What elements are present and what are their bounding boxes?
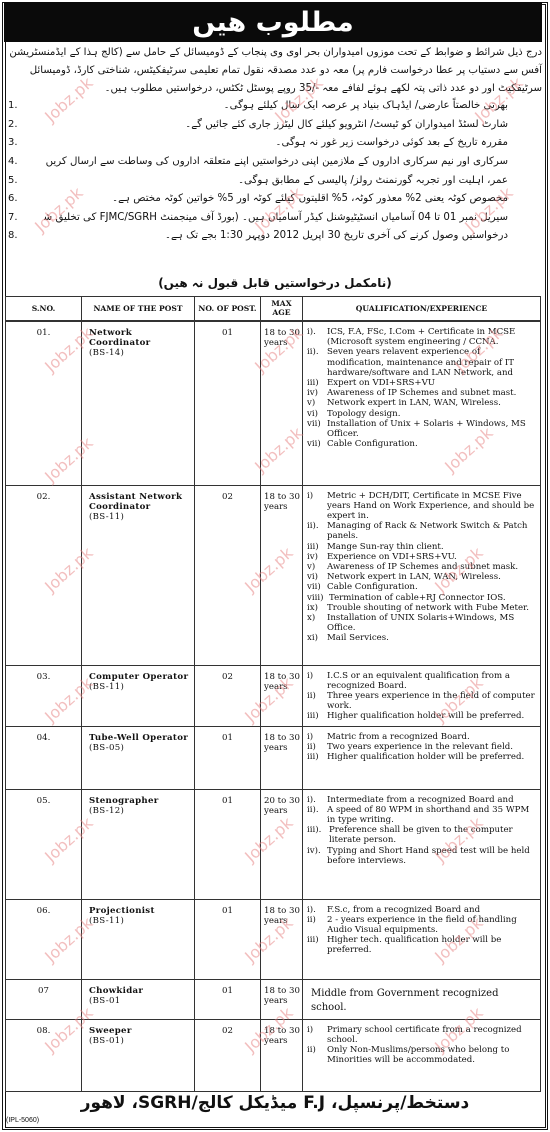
term-item: شارٹ لسٹڈ امیدواران کو ٹیسٹ/ انٹرویو کیل…: [8, 116, 542, 135]
qualification-item: iv)Experience on VDI+SRS+VU.: [307, 552, 536, 562]
table-row: 04.Tube-Well Operator(BS-05)0118 to 30 y…: [6, 726, 541, 789]
item-numeral: ii).: [307, 805, 327, 825]
qualification-item: iii)Mange Sun-ray thin client.: [307, 542, 536, 552]
number-of-posts: 01: [195, 789, 261, 899]
post-name: Tube-Well Operator: [89, 733, 188, 743]
item-numeral: i): [307, 671, 327, 691]
ad-title: مطلوب هیں: [4, 2, 542, 42]
qualification-item: vi)Network expert in LAN, WAN, Wireless.: [307, 572, 536, 582]
term-text: مخصوص کوٹہ یعنی 2% معذور کوٹہ، 5% اقلیتو…: [112, 190, 542, 208]
number-of-posts: 01: [195, 321, 261, 485]
qualification-item: xi)Mail Services.: [307, 633, 536, 643]
signature-line: دستخط/پرنسپل، F.J میڈیکل کالج/SGRH، لاهو…: [0, 1093, 550, 1113]
item-text: Seven years relavent experience of modif…: [327, 347, 536, 378]
qualification-item: iii)Higher qualification holder will be …: [307, 752, 536, 762]
serial-number: 06.: [6, 899, 82, 979]
qualification-item: viii)Termination of cable+RJ Connector I…: [307, 593, 536, 603]
serial-number: 02.: [6, 485, 82, 665]
post-name-cell: Projectionist(BS-11): [82, 899, 195, 979]
item-numeral: ii): [307, 1045, 327, 1065]
serial-number: 05.: [6, 789, 82, 899]
item-text: Network expert in LAN, WAN, Wireless.: [327, 572, 536, 582]
term-item: عمر، اہلیت اور تجربہ گورنمنٹ رولز/ پالیس…: [8, 171, 542, 190]
qualification-item: vi)Topology design.: [307, 409, 536, 419]
item-text: Cable Configuration.: [327, 439, 536, 449]
term-number: 5.: [8, 172, 44, 190]
term-item: سرکاری اور نیم سرکاری اداروں کے ملازمین …: [8, 153, 542, 172]
post-name-cell: Sweeper(BS-01): [82, 1019, 195, 1091]
item-text: Topology design.: [327, 409, 536, 419]
table-row: 07Chowkidar(BS-010118 to 30 yearsMiddle …: [6, 979, 541, 1019]
term-item: سیریل نمبر 01 تا 04 آسامیاں انسٹیٹیوشنل …: [8, 209, 542, 228]
max-age: 18 to 30 years: [261, 899, 303, 979]
qualification-cell: i)Matric from a recognized Board.ii)Two …: [303, 726, 541, 789]
item-numeral: iv): [307, 552, 327, 562]
qualification-item: vii)Cable Configuration.: [307, 582, 536, 592]
pay-scale: (BS-12): [89, 806, 190, 816]
item-text: F.S.c, from a recognized Board and: [327, 905, 536, 915]
item-text: Higher qualification holder will be pref…: [327, 752, 536, 762]
post-name-cell: Chowkidar(BS-01: [82, 979, 195, 1019]
qualification-item: ii).A speed of 80 WPM in shorthand and 3…: [307, 805, 536, 825]
term-number: 8.: [8, 227, 44, 245]
table-row: 05.Stenographer(BS-12)0120 to 30 yearsi)…: [6, 789, 541, 899]
term-number: 4.: [8, 153, 44, 171]
item-numeral: ix): [307, 603, 327, 613]
qualification-item: ii).Managing of Rack & Network Switch & …: [307, 521, 536, 541]
post-name: Projectionist: [89, 906, 155, 916]
qualification-cell: i)Primary school certificate from a reco…: [303, 1019, 541, 1091]
term-number: 3.: [8, 134, 44, 152]
item-text: Installation of UNIX Solaris+Windows, MS…: [327, 613, 536, 633]
item-numeral: x): [307, 613, 327, 633]
term-text: سرکاری اور نیم سرکاری اداروں کے ملازمین …: [44, 153, 542, 171]
number-of-posts: 01: [195, 899, 261, 979]
item-numeral: ii): [307, 742, 327, 752]
post-name-cell: Network Coordinator(BS-14): [82, 321, 195, 485]
item-numeral: vii): [307, 582, 327, 592]
pay-scale: (BS-05): [89, 743, 190, 753]
max-age: 18 to 30 years: [261, 1019, 303, 1091]
item-text: Mail Services.: [327, 633, 536, 643]
item-numeral: i): [307, 1025, 327, 1045]
qualification-item: vii)Cable Configuration.: [307, 439, 536, 449]
term-text: درخواستیں وصول کرنے کی آخری تاریخ 30 اپر…: [165, 227, 542, 245]
item-numeral: iii): [307, 542, 327, 552]
term-text: بھرتی خالصتاً عارضی/ ایڈہاک بنیاد پر عرص…: [224, 97, 542, 115]
qualification-item: i)Matric from a recognized Board.: [307, 732, 536, 742]
item-text: Trouble shouting of network with Fube Me…: [327, 603, 536, 613]
qualification-item: i)Primary school certificate from a reco…: [307, 1025, 536, 1045]
qualification-item: i).Intermediate from a recognized Board …: [307, 795, 536, 805]
item-text: Experience on VDI+SRS+VU.: [327, 552, 536, 562]
qualification-item: x)Installation of UNIX Solaris+Windows, …: [307, 613, 536, 633]
max-age: 18 to 30 years: [261, 726, 303, 789]
item-numeral: iv): [307, 388, 327, 398]
qualification-item: ii)2 - years experience in the field of …: [307, 915, 536, 935]
table-row: 03.Computer Operator(BS-11)0218 to 30 ye…: [6, 665, 541, 726]
item-text: Mange Sun-ray thin client.: [327, 542, 536, 552]
post-name: Stenographer: [89, 796, 159, 806]
item-text: Higher tech. qualification holder will b…: [327, 935, 536, 955]
item-numeral: vi): [307, 572, 327, 582]
pay-scale: (BS-01: [89, 996, 190, 1006]
qualification-cell: i)I.C.S or an equivalent qualification f…: [303, 665, 541, 726]
post-name-cell: Tube-Well Operator(BS-05): [82, 726, 195, 789]
item-numeral: i).: [307, 905, 327, 915]
item-text: Termination of cable+RJ Connector IOS.: [329, 593, 536, 603]
qualification-text: Middle from Government recognized school…: [307, 985, 536, 1015]
qualification-item: iv).Typing and Short Hand speed test wil…: [307, 846, 536, 866]
qualification-cell: i).ICS, F.A, FSc, I.Com + Certificate in…: [303, 321, 541, 485]
header-post: NAME OF THE POST: [82, 297, 195, 322]
qualification-item: i).F.S.c, from a recognized Board and: [307, 905, 536, 915]
item-text: Managing of Rack & Network Switch & Patc…: [327, 521, 536, 541]
posts-table: S.NO. NAME OF THE POST NO. OF POST. MAX …: [5, 296, 541, 1092]
max-age: 18 to 30 years: [261, 485, 303, 665]
item-numeral: ii).: [307, 521, 327, 541]
item-text: Network expert in LAN, WAN, Wireless.: [327, 398, 536, 408]
item-text: ICS, F.A, FSc, I.Com + Certificate in MC…: [327, 327, 536, 347]
item-text: Typing and Short Hand speed test will be…: [327, 846, 536, 866]
item-numeral: i): [307, 732, 327, 742]
reference-code: (IPL-5060): [6, 1117, 39, 1124]
item-text: I.C.S or an equivalent qualification fro…: [327, 671, 536, 691]
item-text: Installation of Unix + Solaris + Windows…: [327, 419, 536, 439]
qualification-item: ii)Three years experience in the field o…: [307, 691, 536, 711]
qualification-item: vii)Installation of Unix + Solaris + Win…: [307, 419, 536, 439]
qualification-item: iii)Higher tech. qualification holder wi…: [307, 935, 536, 955]
header-num: NO. OF POST.: [195, 297, 261, 322]
number-of-posts: 02: [195, 1019, 261, 1091]
table-row: 06.Projectionist(BS-11)0118 to 30 yearsi…: [6, 899, 541, 979]
qualification-item: v)Network expert in LAN, WAN, Wireless.: [307, 398, 536, 408]
number-of-posts: 01: [195, 979, 261, 1019]
table-header-row: S.NO. NAME OF THE POST NO. OF POST. MAX …: [6, 297, 541, 322]
pay-scale: (BS-01): [89, 1036, 190, 1046]
serial-number: 08.: [6, 1019, 82, 1091]
post-name-cell: Stenographer(BS-12): [82, 789, 195, 899]
header-qual: QUALIFICATION/EXPERIENCE: [303, 297, 541, 322]
term-text: مقررہ تاریخ کے بعد کوئی درخواست زیر غور …: [275, 134, 542, 152]
number-of-posts: 02: [195, 485, 261, 665]
table-row: 08.Sweeper(BS-01)0218 to 30 yearsi)Prima…: [6, 1019, 541, 1091]
item-text: Two years experience in the relevant fie…: [327, 742, 536, 752]
post-name: Sweeper: [89, 1026, 132, 1036]
incomplete-notice: (نامکمل درخواستیں قابل قبول نہ هیں): [0, 276, 550, 290]
terms-list: بھرتی خالصتاً عارضی/ ایڈہاک بنیاد پر عرص…: [8, 97, 542, 246]
table-row: 01.Network Coordinator(BS-14)0118 to 30 …: [6, 321, 541, 485]
qualification-cell: i)Metric + DCH/DIT, Certificate in MCSE …: [303, 485, 541, 665]
term-number: 1.: [8, 97, 44, 115]
item-numeral: ii): [307, 691, 327, 711]
qualification-item: ix)Trouble shouting of network with Fube…: [307, 603, 536, 613]
item-numeral: i): [307, 491, 327, 522]
item-numeral: vii): [307, 439, 327, 449]
item-text: Metric + DCH/DIT, Certificate in MCSE Fi…: [327, 491, 536, 522]
item-text: A speed of 80 WPM in shorthand and 35 WP…: [327, 805, 536, 825]
post-name: Network Coordinator: [89, 328, 150, 348]
qualification-item: iv)Awareness of IP Schemes and subnet ma…: [307, 388, 536, 398]
intro-paragraph: درج ذیل شرائط و ضوابط کے تحت موزوں امیدو…: [8, 44, 542, 98]
serial-number: 04.: [6, 726, 82, 789]
qualification-item: ii)Only Non-Muslims/persons who belong t…: [307, 1045, 536, 1065]
qualification-item: i).ICS, F.A, FSc, I.Com + Certificate in…: [307, 327, 536, 347]
qualification-cell: i).F.S.c, from a recognized Board andii)…: [303, 899, 541, 979]
post-name: Computer Operator: [89, 672, 188, 682]
item-text: Expert on VDI+SRS+VU: [327, 378, 536, 388]
item-numeral: iii).: [307, 825, 329, 845]
qualification-item: i)Metric + DCH/DIT, Certificate in MCSE …: [307, 491, 536, 522]
post-name: Chowkidar: [89, 986, 143, 996]
term-number: 6.: [8, 190, 44, 208]
item-numeral: iii): [307, 752, 327, 762]
intro-text: درج ذیل شرائط و ضوابط کے تحت موزوں امیدو…: [8, 44, 542, 98]
number-of-posts: 01: [195, 726, 261, 789]
item-numeral: i).: [307, 795, 327, 805]
item-text: Awareness of IP Schemes and subnet mask.: [327, 562, 536, 572]
qualification-item: iii)Expert on VDI+SRS+VU: [307, 378, 536, 388]
pay-scale: (BS-14): [89, 348, 190, 358]
item-text: 2 - years experience in the field of han…: [327, 915, 536, 935]
post-name-cell: Assistant Network Coordinator(BS-11): [82, 485, 195, 665]
qualification-item: i)I.C.S or an equivalent qualification f…: [307, 671, 536, 691]
pay-scale: (BS-11): [89, 512, 190, 522]
pay-scale: (BS-11): [89, 916, 190, 926]
qualification-cell: Middle from Government recognized school…: [303, 979, 541, 1019]
post-name-cell: Computer Operator(BS-11): [82, 665, 195, 726]
item-text: Matric from a recognized Board.: [327, 732, 536, 742]
term-number: 2.: [8, 116, 44, 134]
header-sno: S.NO.: [6, 297, 82, 322]
post-name: Assistant Network Coordinator: [89, 492, 182, 512]
item-text: Higher qualification holder will be pref…: [327, 711, 536, 721]
item-text: Cable Configuration.: [327, 582, 536, 592]
term-item: درخواستیں وصول کرنے کی آخری تاریخ 30 اپر…: [8, 227, 542, 246]
item-numeral: viii): [307, 593, 329, 603]
term-text: شارٹ لسٹڈ امیدواران کو ٹیسٹ/ انٹرویو کیل…: [185, 116, 542, 134]
item-numeral: vii): [307, 419, 327, 439]
item-numeral: vi): [307, 409, 327, 419]
item-text: Preference shall be given to the compute…: [329, 825, 536, 845]
pay-scale: (BS-11): [89, 682, 190, 692]
term-item: مقررہ تاریخ کے بعد کوئی درخواست زیر غور …: [8, 134, 542, 153]
term-text: سیریل نمبر 01 تا 04 آسامیاں انسٹیٹیوشنل …: [44, 209, 542, 227]
item-text: Awareness of IP Schemes and subnet mast.: [327, 388, 536, 398]
item-numeral: ii): [307, 915, 327, 935]
item-text: Three years experience in the field of c…: [327, 691, 536, 711]
item-numeral: iii): [307, 711, 327, 721]
max-age: 18 to 30 years: [261, 979, 303, 1019]
item-text: Primary school certificate from a recogn…: [327, 1025, 536, 1045]
qualification-cell: i).Intermediate from a recognized Board …: [303, 789, 541, 899]
max-age: 18 to 30 years: [261, 665, 303, 726]
item-text: Only Non-Muslims/persons who belong to M…: [327, 1045, 536, 1065]
qualification-item: iii).Preference shall be given to the co…: [307, 825, 536, 845]
item-numeral: iii): [307, 935, 327, 955]
term-item: بھرتی خالصتاً عارضی/ ایڈہاک بنیاد پر عرص…: [8, 97, 542, 116]
qualification-item: ii)Two years experience in the relevant …: [307, 742, 536, 752]
max-age: 18 to 30 years: [261, 321, 303, 485]
item-text: Intermediate from a recognized Board and: [327, 795, 536, 805]
item-numeral: v): [307, 398, 327, 408]
number-of-posts: 02: [195, 665, 261, 726]
item-numeral: i).: [307, 327, 327, 347]
serial-number: 01.: [6, 321, 82, 485]
term-item: مخصوص کوٹہ یعنی 2% معذور کوٹہ، 5% اقلیتو…: [8, 190, 542, 209]
max-age: 20 to 30 years: [261, 789, 303, 899]
table-row: 02.Assistant Network Coordinator(BS-11)0…: [6, 485, 541, 665]
term-number: 7.: [8, 209, 44, 227]
qualification-item: v)Awareness of IP Schemes and subnet mas…: [307, 562, 536, 572]
item-numeral: v): [307, 562, 327, 572]
qualification-item: ii).Seven years relavent experience of m…: [307, 347, 536, 378]
serial-number: 07: [6, 979, 82, 1019]
header-age: MAX AGE: [261, 297, 303, 322]
item-numeral: iv).: [307, 846, 327, 866]
serial-number: 03.: [6, 665, 82, 726]
item-numeral: iii): [307, 378, 327, 388]
term-text: عمر، اہلیت اور تجربہ گورنمنٹ رولز/ پالیس…: [238, 172, 542, 190]
item-numeral: ii).: [307, 347, 327, 378]
qualification-item: iii)Higher qualification holder will be …: [307, 711, 536, 721]
item-numeral: xi): [307, 633, 327, 643]
